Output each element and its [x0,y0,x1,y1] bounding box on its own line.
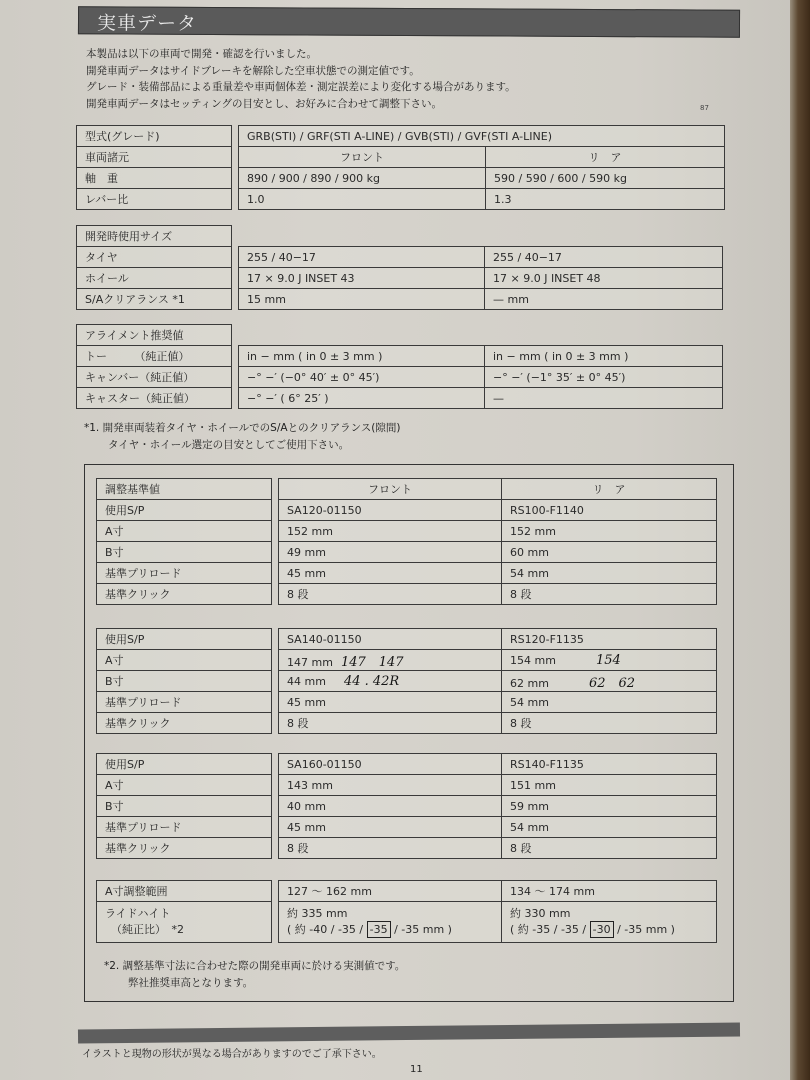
b-rear: 59 mm [502,796,717,817]
intro-line: 本製品は以下の車両で開発・確認を行いました。 [86,46,516,63]
handwritten-note: 62 62 [589,676,635,691]
footnote-2: *2. 調整基準寸法に合わせた際の開発車両に於ける実測値です。 弊社推奨車高とな… [104,958,405,992]
clearance-rear: — mm [485,289,723,310]
table-row: トー （純正値） in − mm ( in 0 ± 3 mm ) in − mm… [77,346,723,367]
sp-front: SA140-01150 [279,629,502,650]
sizes-table: 開発時使用サイズ タイヤ 255 / 40−17 255 / 40−17 ホイー… [76,225,723,310]
table-row: A寸調整範囲 127 ～ 162 mm 134 ～ 174 mm [97,881,717,902]
preload-label: 基準プリロード [97,563,272,584]
a-rear-cell: 154 mm154 [502,650,717,671]
table-row: レバー比 1.0 1.3 [77,189,725,210]
table-row: キャスター（純正値） −° −′ ( 6° 25′ ) — [77,388,723,409]
sp-label: 使用S/P [97,629,272,650]
click-rear: 8 段 [502,838,717,859]
intro-line: グレード・装備部品による重量差や車両個体差・測定誤差により変化する場合があります… [86,79,516,96]
b-label: B寸 [97,671,272,692]
front-header: フロント [279,479,502,500]
b-front: 40 mm [279,796,502,817]
ride-front-circled: -35 [367,921,391,938]
table-row: 基準プリロード 45 mm 54 mm [97,817,717,838]
b-label: B寸 [97,542,272,563]
ride-rear-detail: ( 約 -35 / -35 / [510,923,590,936]
preload-front: 45 mm [279,817,502,838]
b-front: 44 mm [287,675,326,688]
range-table: A寸調整範囲 127 ～ 162 mm 134 ～ 174 mm ライドハイト … [96,880,717,943]
lever-label: レバー比 [77,189,232,210]
vehicle-spec-table: 型式(グレード) GRB(STI) / GRF(STI A-LINE) / GV… [76,125,725,210]
ride-rear-detail: / -35 mm ) [614,923,675,936]
ride-front-detail: ( 約 -40 / -35 / [287,923,367,936]
page-number: 11 [410,1064,423,1075]
preload-rear: 54 mm [502,692,717,713]
footnote-line: *2. 調整基準寸法に合わせた際の開発車両に於ける実測値です。 [104,958,405,975]
wheel-label: ホイール [77,268,232,289]
sp-label: 使用S/P [97,500,272,521]
b-front-cell: 44 mm44 . 42R [279,671,502,692]
ride-height-front: 約 335 mm ( 約 -40 / -35 / -35 / -35 mm ) [279,902,502,943]
click-front: 8 段 [279,713,502,734]
table-row: S/Aクリアランス *1 15 mm — mm [77,289,723,310]
tire-front: 255 / 40−17 [239,247,485,268]
model-label: 型式(グレード) [77,126,232,147]
table-row: B寸 49 mm 60 mm [97,542,717,563]
a-label: A寸 [97,775,272,796]
preload-label: 基準プリロード [97,692,272,713]
sizes-header: 開発時使用サイズ [77,226,232,247]
caster-rear: — [485,388,723,409]
tire-label: タイヤ [77,247,232,268]
click-front: 8 段 [279,584,502,605]
sp-rear: RS100-F1140 [502,500,717,521]
wheel-rear: 17 × 9.0 J INSET 48 [485,268,723,289]
alignment-header: アライメント推奨値 [77,325,232,346]
footnote-1: *1. 開発車両装着タイヤ・ホイールでのS/Aとのクリアランス(隙間) タイヤ・… [84,420,400,454]
adjustment-table-3: 使用S/P SA160-01150 RS140-F1135 A寸 143 mm … [96,753,717,859]
ride-front-value: 約 335 mm [287,906,493,922]
wheel-front: 17 × 9.0 J INSET 43 [239,268,485,289]
table-row: B寸 40 mm 59 mm [97,796,717,817]
ride-front-detail: / -35 mm ) [391,923,452,936]
table-row: タイヤ 255 / 40−17 255 / 40−17 [77,247,723,268]
table-row: アライメント推奨値 [77,325,723,346]
a-front: 147 mm [287,656,333,669]
intro-line: 開発車両データはサイドブレーキを解除した空車状態での測定値です。 [86,63,516,80]
table-edge-background [790,0,810,1080]
preload-front: 45 mm [279,692,502,713]
b-label: B寸 [97,796,272,817]
footnote-line: タイヤ・ホイール選定の目安としてご使用下さい。 [84,437,400,454]
click-label: 基準クリック [97,713,272,734]
a-rear: 151 mm [502,775,717,796]
a-front: 152 mm [279,521,502,542]
caster-label: キャスター（純正値） [77,388,232,409]
section-title-bar: 実車データ [78,6,740,37]
ride-height-subtitle: （純正比） *2 [105,922,263,938]
section-title: 実車データ [97,8,197,36]
rear-header: リ ア [486,147,725,168]
a-label: A寸 [97,521,272,542]
range-label: A寸調整範囲 [97,881,272,902]
table-row: 基準クリック 8 段 8 段 [97,584,717,605]
table-row: 型式(グレード) GRB(STI) / GRF(STI A-LINE) / GV… [77,126,725,147]
table-row: A寸 147 mm147 147 154 mm154 [97,650,717,671]
adjustment-table-1: 調整基準値 フロント リ ア 使用S/P SA120-01150 RS100-F… [96,478,717,605]
b-rear: 60 mm [502,542,717,563]
lever-front: 1.0 [239,189,486,210]
click-rear: 8 段 [502,713,717,734]
toe-rear: in − mm ( in 0 ± 3 mm ) [485,346,723,367]
table-row: B寸 44 mm44 . 42R 62 mm62 62 [97,671,717,692]
camber-label: キャンバー（純正値） [77,367,232,388]
a-rear: 152 mm [502,521,717,542]
axle-label: 軸 重 [77,168,232,189]
adjustment-table-2: 使用S/P SA140-01150 RS120-F1135 A寸 147 mm1… [96,628,717,734]
range-rear: 134 ～ 174 mm [502,881,717,902]
sp-rear: RS120-F1135 [502,629,717,650]
click-rear: 8 段 [502,584,717,605]
table-row: 車両諸元 フロント リ ア [77,147,725,168]
b-front: 49 mm [279,542,502,563]
axle-rear: 590 / 590 / 600 / 590 kg [486,168,725,189]
table-row: A寸 152 mm 152 mm [97,521,717,542]
table-row: 基準クリック 8 段 8 段 [97,713,717,734]
camber-rear: −° −′ (−1° 35′ ± 0° 45′) [485,367,723,388]
adjust-header: 調整基準値 [97,479,272,500]
intro-text: 本製品は以下の車両で開発・確認を行いました。 開発車両データはサイドブレーキを解… [86,46,516,112]
click-front: 8 段 [279,838,502,859]
model-value: GRB(STI) / GRF(STI A-LINE) / GVB(STI) / … [239,126,725,147]
table-row: 軸 重 890 / 900 / 890 / 900 kg 590 / 590 /… [77,168,725,189]
sp-rear: RS140-F1135 [502,754,717,775]
ride-height-title: ライドハイト [105,906,263,922]
clearance-label: S/Aクリアランス *1 [77,289,232,310]
a-rear: 154 mm [510,654,556,667]
table-row: ライドハイト （純正比） *2 約 335 mm ( 約 -40 / -35 /… [97,902,717,943]
a-label: A寸 [97,650,272,671]
camber-front: −° −′ (−0° 40′ ± 0° 45′) [239,367,485,388]
corner-mark: 87 [700,104,709,112]
rear-header: リ ア [502,479,717,500]
b-rear-cell: 62 mm62 62 [502,671,717,692]
b-rear: 62 mm [510,677,549,690]
table-row: 調整基準値 フロント リ ア [97,479,717,500]
toe-front: in − mm ( in 0 ± 3 mm ) [239,346,485,367]
handwritten-note: 44 . 42R [344,674,399,689]
intro-line: 開発車両データはセッティングの目安とし、お好みに合わせて調整下さい。 [86,96,516,113]
table-row: A寸 143 mm 151 mm [97,775,717,796]
handwritten-note: 154 [596,653,621,668]
sp-front: SA160-01150 [279,754,502,775]
footer-disclaimer: イラストと現物の形状が異なる場合がありますのでご了承下さい。 [82,1045,382,1060]
table-row: 基準プリロード 45 mm 54 mm [97,563,717,584]
preload-rear: 54 mm [502,817,717,838]
spec-label: 車両諸元 [77,147,232,168]
lever-rear: 1.3 [486,189,725,210]
table-row: 使用S/P SA140-01150 RS120-F1135 [97,629,717,650]
table-row: 使用S/P SA120-01150 RS100-F1140 [97,500,717,521]
click-label: 基準クリック [97,838,272,859]
sp-label: 使用S/P [97,754,272,775]
sp-front: SA120-01150 [279,500,502,521]
axle-front: 890 / 900 / 890 / 900 kg [239,168,486,189]
table-row: 基準プリロード 45 mm 54 mm [97,692,717,713]
a-front-cell: 147 mm147 147 [279,650,502,671]
table-row: 基準クリック 8 段 8 段 [97,838,717,859]
preload-front: 45 mm [279,563,502,584]
table-row: ホイール 17 × 9.0 J INSET 43 17 × 9.0 J INSE… [77,268,723,289]
footnote-line: 弊社推奨車高となります。 [104,975,405,992]
ride-rear-circled: -30 [590,921,614,938]
clearance-front: 15 mm [239,289,485,310]
preload-label: 基準プリロード [97,817,272,838]
preload-rear: 54 mm [502,563,717,584]
table-row: キャンバー（純正値） −° −′ (−0° 40′ ± 0° 45′) −° −… [77,367,723,388]
a-front: 143 mm [279,775,502,796]
tire-rear: 255 / 40−17 [485,247,723,268]
ride-height-label: ライドハイト （純正比） *2 [97,902,272,943]
toe-label: トー （純正値） [77,346,232,367]
alignment-table: アライメント推奨値 トー （純正値） in − mm ( in 0 ± 3 mm… [76,324,723,409]
ride-height-rear: 約 330 mm ( 約 -35 / -35 / -30 / -35 mm ) [502,902,717,943]
handwritten-note: 147 147 [341,655,404,670]
ride-rear-value: 約 330 mm [510,906,708,922]
table-row: 使用S/P SA160-01150 RS140-F1135 [97,754,717,775]
range-front: 127 ～ 162 mm [279,881,502,902]
table-row: 開発時使用サイズ [77,226,723,247]
caster-front: −° −′ ( 6° 25′ ) [239,388,485,409]
footnote-line: *1. 開発車両装着タイヤ・ホイールでのS/Aとのクリアランス(隙間) [84,420,400,437]
front-header: フロント [239,147,486,168]
click-label: 基準クリック [97,584,272,605]
